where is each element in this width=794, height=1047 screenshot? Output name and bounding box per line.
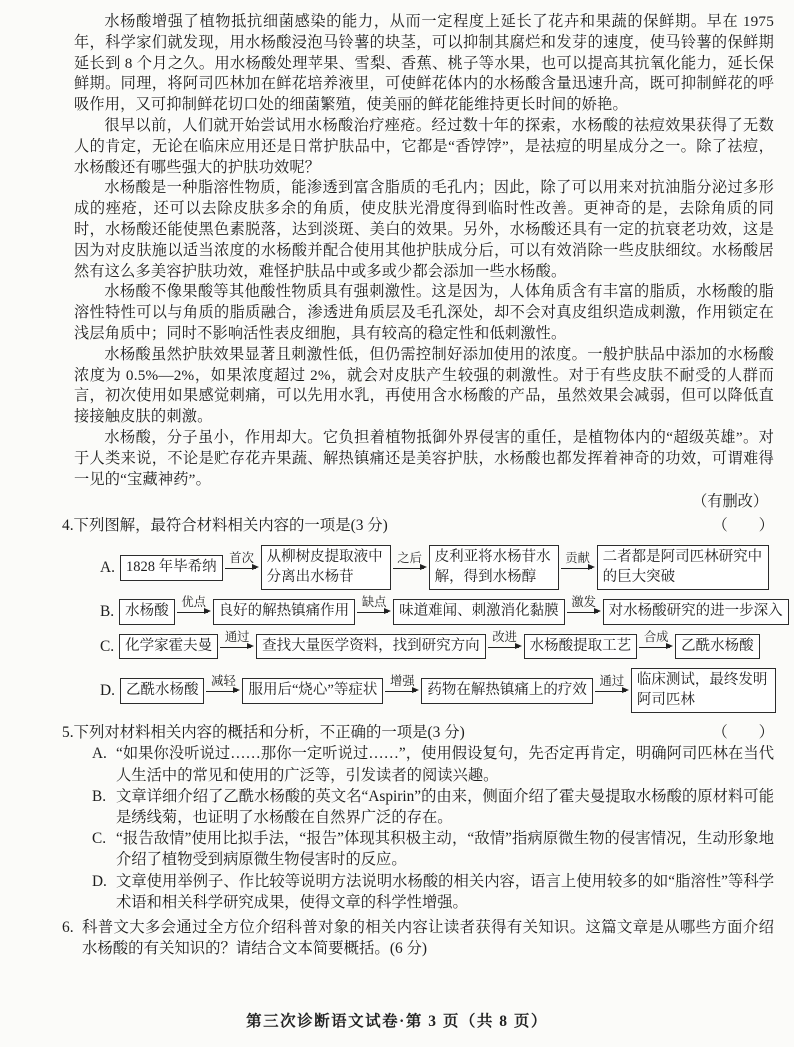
arrow-shaft bbox=[220, 647, 251, 648]
question-4-text: 下列图解，最符合材料相关内容的一项是(3 分) bbox=[74, 515, 705, 536]
flowchart-node: 皮利亚将水杨苷水解，得到水杨醇 bbox=[429, 545, 559, 590]
q5-option-a: A. “如果你没听说过……那你一定听说过……”，使用假设复句，先否定再肯定，明确… bbox=[92, 743, 774, 785]
flowchart-node: 服用后“烧心”等症状 bbox=[242, 678, 383, 704]
arrow-shaft bbox=[225, 568, 256, 569]
flowchart-node: 乙酰水杨酸 bbox=[675, 634, 760, 660]
arrow-label: 缺点 bbox=[362, 592, 387, 610]
arrow-shaft bbox=[357, 612, 388, 613]
option-b-letter: B. bbox=[92, 786, 116, 828]
flowchart-arrow: 合成 bbox=[639, 642, 673, 652]
option-a-letter: A. bbox=[100, 559, 115, 577]
flowchart-node: 化学家霍夫曼 bbox=[119, 634, 218, 660]
flowchart-node: 查找大量医学资料，找到研究方向 bbox=[256, 634, 486, 660]
question-4-stem: 4. 下列图解，最符合材料相关内容的一项是(3 分) （ ） bbox=[62, 515, 774, 536]
flowchart-arrow: 首次 bbox=[225, 563, 259, 573]
reading-passage: 水杨酸增强了植物抵抗细菌感染的能力，从而一定程度上延长了花卉和果蔬的保鲜期。早在… bbox=[62, 12, 774, 490]
arrow-label: 改进 bbox=[492, 627, 517, 645]
arrow-label: 激发 bbox=[571, 592, 596, 610]
option-a-letter: A. bbox=[92, 743, 116, 785]
arrow-shaft bbox=[385, 691, 416, 692]
flowchart-arrow: 通过 bbox=[595, 686, 629, 696]
passage-paragraph-5: 水杨酸虽然护肤效果显著且刺激性低，但仍需控制好添加使用的浓度。一般护肤品中添加的… bbox=[74, 345, 774, 428]
arrow-label: 通过 bbox=[600, 671, 625, 689]
q4-option-c-flowchart: C. 化学家霍夫曼 通过 查找大量医学资料，找到研究方向 改进 水杨酸提取工艺 … bbox=[100, 634, 774, 660]
passage-paragraph-2: 很早以前，人们就开始尝试用水杨酸治疗痤疮。经过数十年的探索，水杨酸的祛痘效果获得… bbox=[74, 116, 774, 178]
flowchart-arrow: 减轻 bbox=[206, 686, 240, 696]
arrow-shaft bbox=[393, 568, 424, 569]
q4-option-a-flowchart: A. 1828 年毕希纳 首次 从柳树皮提取液中分离出水杨苷 之后 皮利亚将水杨… bbox=[100, 545, 774, 590]
flowchart-node: 水杨酸 bbox=[119, 599, 175, 625]
flowchart-node: 二者都是阿司匹林研究中的巨大突破 bbox=[597, 545, 769, 590]
question-6-text: 科普文大多会通过全方位介绍科普对象的相关内容让读者获得有关知识。这篇文章是从哪些… bbox=[82, 917, 774, 960]
arrow-shaft bbox=[561, 568, 592, 569]
flowchart-arrow: 贡献 bbox=[561, 563, 595, 573]
flowchart-arrow: 优点 bbox=[177, 607, 211, 617]
option-d-letter: D. bbox=[92, 871, 116, 913]
flowchart-node: 水杨酸提取工艺 bbox=[524, 634, 638, 660]
question-4-answer-blank: （ ） bbox=[712, 515, 774, 536]
arrow-shaft bbox=[595, 691, 626, 692]
passage-paragraph-3: 水杨酸是一种脂溶性物质，能渗透到富含脂质的毛孔内；因此，除了可以用来对抗油脂分泌… bbox=[74, 178, 774, 282]
option-b-letter: B. bbox=[100, 603, 114, 621]
option-a-text: “如果你没听说过……那你一定听说过……”，使用假设复句，先否定再肯定，明确阿司匹… bbox=[116, 743, 774, 785]
option-d-letter: D. bbox=[100, 682, 115, 700]
arrow-shaft bbox=[177, 612, 208, 613]
question-6-number: 6. bbox=[62, 917, 82, 960]
q5-option-b: B. 文章详细介绍了乙酰水杨酸的英文名“Aspirin”的由来，侧面介绍了霍夫曼… bbox=[92, 786, 774, 828]
page-footer: 第三次诊断语文试卷·第 3 页（共 8 页） bbox=[0, 1009, 794, 1031]
flowchart-node: 味道难闻、刺激消化黏膜 bbox=[393, 599, 565, 625]
q5-option-c: C. “报告敌情”使用比拟手法，“报告”体现其积极主动，“敌情”指病原微生物的侵… bbox=[92, 828, 774, 870]
question-4-number: 4. bbox=[62, 515, 74, 536]
option-b-text: 文章详细介绍了乙酰水杨酸的英文名“Aspirin”的由来，侧面介绍了霍夫曼提取水… bbox=[116, 786, 774, 828]
flowchart-node: 乙酰水杨酸 bbox=[120, 678, 205, 704]
flowchart-arrow: 通过 bbox=[220, 642, 254, 652]
question-5-number: 5. bbox=[62, 722, 74, 743]
flowchart-arrow: 缺点 bbox=[357, 607, 391, 617]
flowchart-arrow: 之后 bbox=[393, 563, 427, 573]
arrow-shaft bbox=[206, 691, 237, 692]
passage-paragraph-1: 水杨酸增强了植物抵抗细菌感染的能力，从而一定程度上延长了花卉和果蔬的保鲜期。早在… bbox=[74, 12, 774, 116]
arrow-label: 通过 bbox=[225, 627, 250, 645]
q4-option-d-flowchart: D. 乙酰水杨酸 减轻 服用后“烧心”等症状 增强 药物在解热镇痛上的疗效 通过… bbox=[100, 668, 774, 713]
flowchart-node: 临床测试，最终发明阿司匹林 bbox=[631, 668, 776, 713]
flowchart-arrow: 激发 bbox=[567, 607, 601, 617]
arrow-shaft bbox=[639, 647, 670, 648]
flowchart-node: 1828 年毕希纳 bbox=[120, 555, 223, 581]
option-c-letter: C. bbox=[92, 828, 116, 870]
option-c-letter: C. bbox=[100, 638, 114, 656]
arrow-label: 之后 bbox=[397, 548, 422, 566]
flowchart-arrow: 改进 bbox=[488, 642, 522, 652]
question-5-answer-blank: （ ） bbox=[712, 722, 774, 743]
flowchart-node: 药物在解热镇痛上的疗效 bbox=[421, 678, 593, 704]
arrow-label: 优点 bbox=[181, 592, 206, 610]
q4-option-b-flowchart: B. 水杨酸 优点 良好的解热镇痛作用 缺点 味道难闻、刺激消化黏膜 激发 对水… bbox=[100, 599, 774, 625]
arrow-label: 合成 bbox=[644, 627, 669, 645]
flowchart-node: 良好的解热镇痛作用 bbox=[213, 599, 356, 625]
passage-paragraph-4: 水杨酸不像果酸等其他酸性物质具有强刺激性。这是因为，人体角质含有丰富的脂质，水杨… bbox=[74, 282, 774, 344]
arrow-label: 增强 bbox=[390, 671, 415, 689]
arrow-label: 减轻 bbox=[211, 671, 236, 689]
arrow-label: 首次 bbox=[229, 548, 254, 566]
arrow-label: 贡献 bbox=[565, 548, 590, 566]
question-6-stem: 6. 科普文大多会通过全方位介绍科普对象的相关内容让读者获得有关知识。这篇文章是… bbox=[62, 917, 774, 960]
option-c-text: “报告敌情”使用比拟手法，“报告”体现其积极主动，“敌情”指病原微生物的侵害情况… bbox=[116, 828, 774, 870]
exam-page: 水杨酸增强了植物抵抗细菌感染的能力，从而一定程度上延长了花卉和果蔬的保鲜期。早在… bbox=[0, 0, 794, 1047]
arrow-shaft bbox=[567, 612, 598, 613]
question-5-stem: 5. 下列对材料相关内容的概括和分析，不正确的一项是(3 分) （ ） bbox=[62, 722, 774, 743]
flowchart-node: 对水杨酸研究的进一步深入 bbox=[603, 599, 789, 625]
q5-option-d: D. 文章使用举例子、作比较等说明方法说明水杨酸的相关内容，语言上使用较多的如“… bbox=[92, 871, 774, 913]
flowchart-node: 从柳树皮提取液中分离出水杨苷 bbox=[261, 545, 391, 590]
passage-paragraph-6: 水杨酸，分子虽小，作用却大。它负担着植物抵御外界侵害的重任，是植物体内的“超级英… bbox=[74, 428, 774, 490]
flowchart-arrow: 增强 bbox=[385, 686, 419, 696]
arrow-shaft bbox=[488, 647, 519, 648]
question-5-text: 下列对材料相关内容的概括和分析，不正确的一项是(3 分) bbox=[74, 722, 705, 743]
source-note: （有删改） bbox=[62, 492, 768, 512]
option-d-text: 文章使用举例子、作比较等说明方法说明水杨酸的相关内容，语言上使用较多的如“脂溶性… bbox=[116, 871, 774, 913]
